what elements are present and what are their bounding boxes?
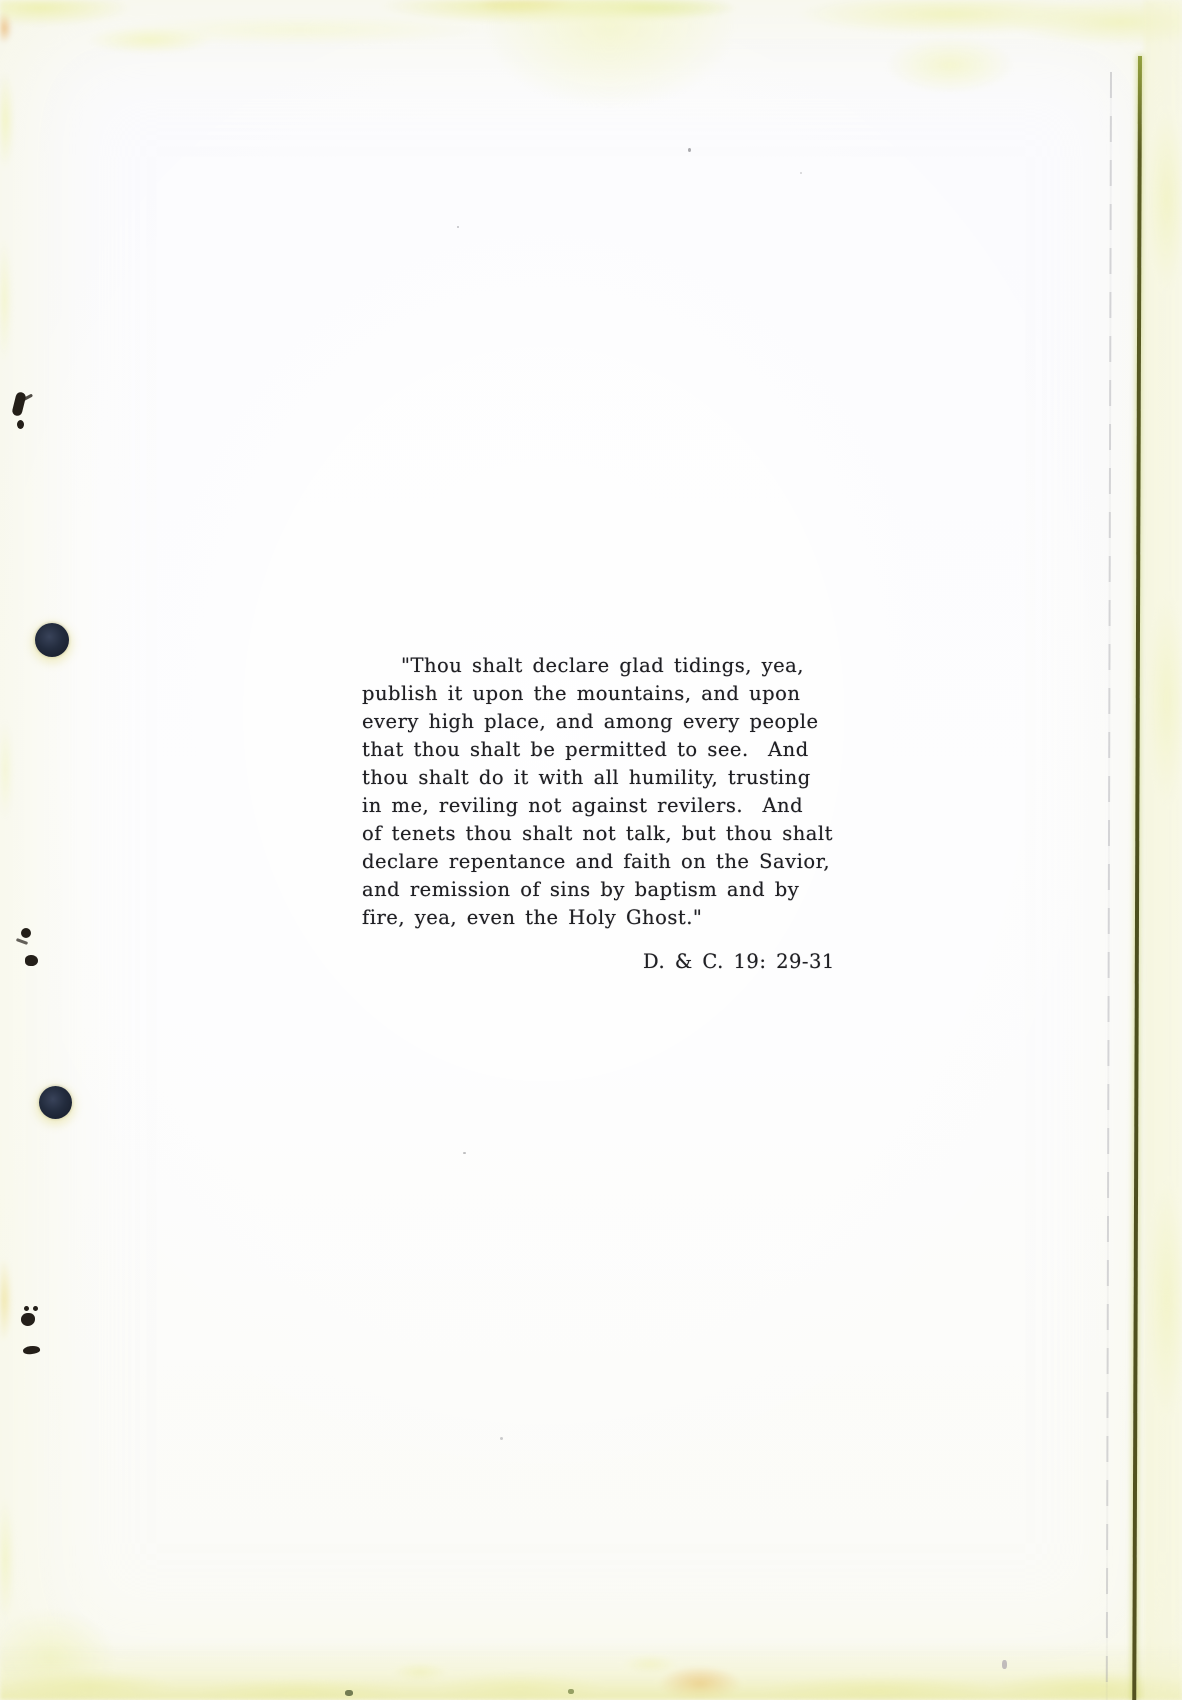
hole-punch-bottom <box>39 1086 72 1119</box>
ink-mark <box>17 420 24 429</box>
ink-mark <box>24 1306 29 1311</box>
quote-line: in me, reviling not against revilers. An… <box>362 792 872 820</box>
ink-mark <box>11 391 27 417</box>
scanned-document-page: "Thou shalt declare glad tidings, yea, p… <box>0 0 1182 1700</box>
scan-speck <box>345 1690 353 1696</box>
quote-line: fire, yea, even the Holy Ghost." <box>362 904 872 932</box>
bottom-edge-stain <box>0 1642 1182 1700</box>
quote-line: publish it upon the mountains, and upon <box>362 680 872 708</box>
scripture-citation: D. & C. 19: 29-31 <box>643 948 835 976</box>
quote-line: declare repentance and faith on the Savi… <box>362 848 872 876</box>
quote-line: every high place, and among every people <box>362 708 872 736</box>
quote-line: that thou shalt be permitted to see. And <box>362 736 872 764</box>
quote-line: and remission of sins by baptism and by <box>362 876 872 904</box>
scan-speck <box>800 172 802 174</box>
quote-line: of tenets thou shalt not talk, but thou … <box>362 820 872 848</box>
scan-speck <box>568 1689 574 1694</box>
faint-crease-line <box>1106 72 1112 1700</box>
quote-line: thou shalt do it with all humility, trus… <box>362 764 872 792</box>
bottom-left-stain <box>0 1560 170 1700</box>
quote-block: "Thou shalt declare glad tidings, yea, p… <box>362 652 872 932</box>
ink-mark <box>21 928 31 938</box>
ink-mark <box>23 1345 41 1355</box>
ink-mark <box>21 1313 35 1326</box>
right-edge-strip <box>1144 0 1182 1700</box>
scan-speck <box>500 1437 503 1440</box>
top-right-stain <box>860 20 1040 110</box>
page-edge-binder-line <box>1132 56 1142 1700</box>
quote-line: "Thou shalt declare glad tidings, yea, <box>362 652 872 680</box>
scan-speck <box>457 226 459 228</box>
scan-speck <box>463 1152 466 1154</box>
top-center-stain <box>420 0 800 170</box>
ink-mark <box>16 938 28 945</box>
ink-mark <box>25 955 38 966</box>
ink-mark <box>33 1306 38 1311</box>
scan-speck <box>1002 1660 1007 1669</box>
top-edge-stain <box>0 0 1182 64</box>
left-edge-stain <box>0 0 30 1700</box>
scan-speck <box>688 148 691 152</box>
hole-punch-top <box>35 623 69 657</box>
